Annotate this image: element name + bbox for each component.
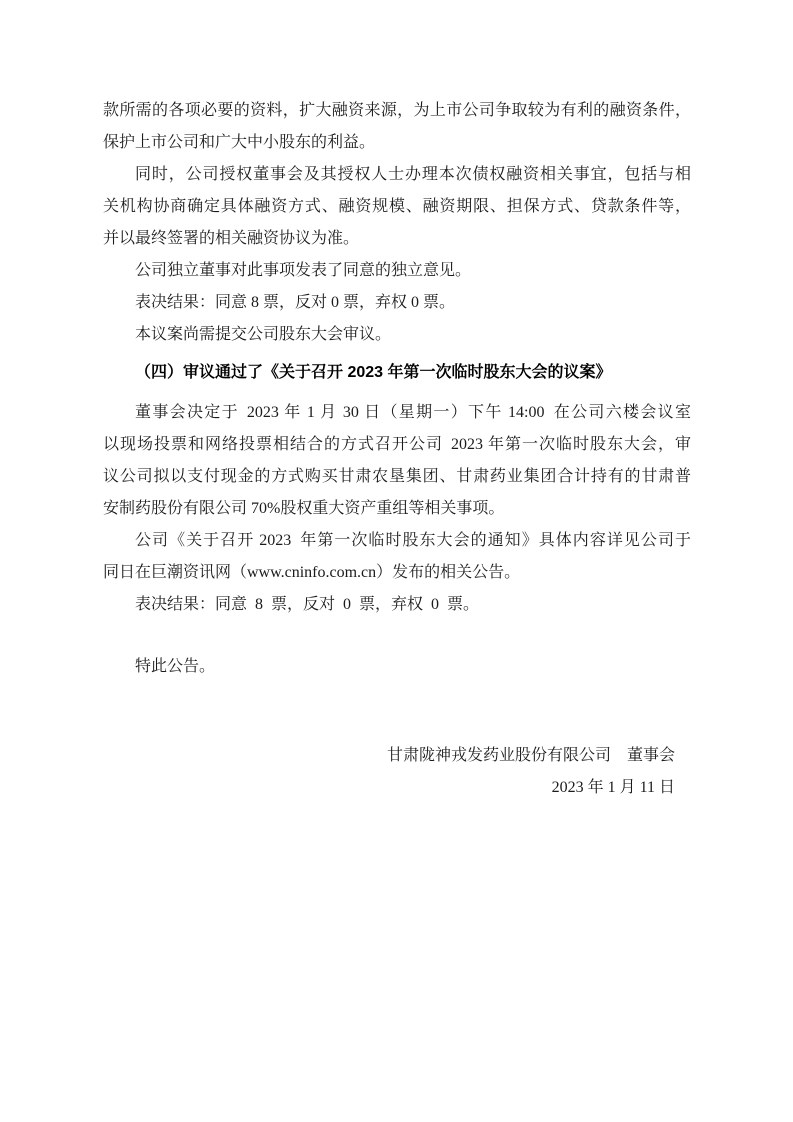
text-line: 以现场投票和网络投票相结合的方式召开公司 2023 年第一次临时股东大会，审 <box>103 429 691 461</box>
signature-date-line: 2023 年 1 月 11 日 <box>103 772 691 804</box>
paragraph: 表决结果：同意 8 票，反对 0 票，弃权 0 票。 <box>103 287 691 319</box>
paragraph: 同时，公司授权董事会及其授权人士办理本次债权融资相关事宜，包括与相关机构协商确定… <box>103 159 691 255</box>
paragraph: 公司独立董事对此事项发表了同意的独立意见。 <box>103 255 691 287</box>
text-line: 表决结果：同意 8 票，反对 0 票，弃权 0 票。 <box>103 589 691 621</box>
text-line: 2023 年 1 月 11 日 <box>103 772 691 804</box>
text-line: 公司独立董事对此事项发表了同意的独立意见。 <box>103 255 691 287</box>
paragraph: 款所需的各项必要的资料，扩大融资来源，为上市公司争取较为有利的融资条件，保护上市… <box>103 95 691 159</box>
text-line: 并以最终签署的相关融资协议为准。 <box>103 223 691 255</box>
text-line: 同日在巨潮资讯网（www.cninfo.com.cn）发布的相关公告。 <box>103 557 691 589</box>
text-line: （四）审议通过了《关于召开 2023 年第一次临时股东大会的议案》 <box>103 357 691 389</box>
text-line: 特此公告。 <box>103 651 691 683</box>
text-line: 保护上市公司和广大中小股东的利益。 <box>103 127 691 159</box>
text-line: 安制药股份有限公司 70%股权重大资产重组等相关事项。 <box>103 493 691 525</box>
text-line: 甘肃陇神戎发药业股份有限公司 董事会 <box>103 740 691 772</box>
text-line: 表决结果：同意 8 票，反对 0 票，弃权 0 票。 <box>103 287 691 319</box>
text-line: 董事会决定于 2023 年 1 月 30 日（星期一）下午 14:00 在公司六… <box>103 397 691 429</box>
closing-remark: 特此公告。 <box>103 651 691 683</box>
text-line: 议公司拟以支付现金的方式购买甘肃农垦集团、甘肃药业集团合计持有的甘肃普 <box>103 461 691 493</box>
text-line: 同时，公司授权董事会及其授权人士办理本次债权融资相关事宜，包括与相 <box>103 159 691 191</box>
paragraph: 表决结果：同意 8 票，反对 0 票，弃权 0 票。 <box>103 589 691 621</box>
text-line: 公司《关于召开 2023 年第一次临时股东大会的通知》具体内容详见公司于 <box>103 525 691 557</box>
text-line: 关机构协商确定具体融资方式、融资规模、融资期限、担保方式、贷款条件等， <box>103 191 691 223</box>
document-body: 款所需的各项必要的资料，扩大融资来源，为上市公司争取较为有利的融资条件，保护上市… <box>103 95 691 804</box>
document-page: 款所需的各项必要的资料，扩大融资来源，为上市公司争取较为有利的融资条件，保护上市… <box>0 0 793 1122</box>
signature-company-line: 甘肃陇神戎发药业股份有限公司 董事会 <box>103 740 691 772</box>
paragraph: 公司《关于召开 2023 年第一次临时股东大会的通知》具体内容详见公司于同日在巨… <box>103 525 691 589</box>
text-line: 本议案尚需提交公司股东大会审议。 <box>103 319 691 351</box>
paragraph: 本议案尚需提交公司股东大会审议。 <box>103 319 691 351</box>
paragraph: 董事会决定于 2023 年 1 月 30 日（星期一）下午 14:00 在公司六… <box>103 397 691 525</box>
section-heading: （四）审议通过了《关于召开 2023 年第一次临时股东大会的议案》 <box>103 357 691 389</box>
text-line: 款所需的各项必要的资料，扩大融资来源，为上市公司争取较为有利的融资条件， <box>103 95 691 127</box>
